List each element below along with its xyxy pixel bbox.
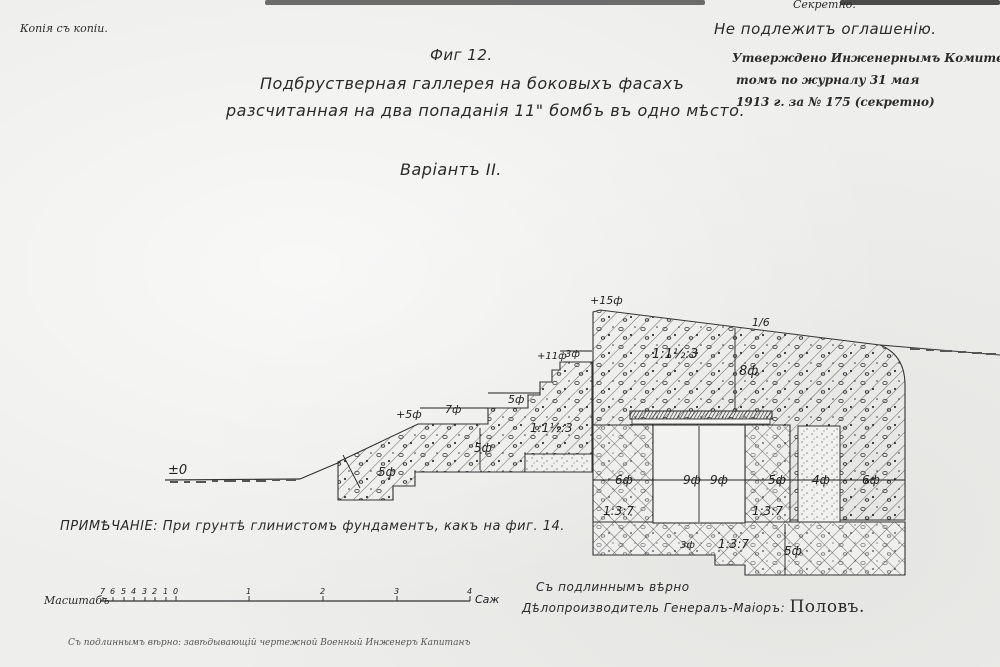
label-mix-upper: 1:1½:3: [652, 347, 698, 362]
label-dim-step-5: 5ф: [508, 393, 524, 406]
label-dim-base-left: 3ф: [680, 540, 695, 551]
label-dim-height-5: 5ф: [474, 441, 492, 455]
scale-major-2: 2: [320, 587, 325, 596]
label-mix-left-wall: 1:3:7: [603, 504, 634, 518]
label-mix-base: 1:3:7: [718, 537, 749, 551]
label-ground-level: ±0: [168, 463, 187, 478]
ground-left: [165, 462, 340, 482]
scale-tick-2: 2: [152, 587, 157, 596]
scale-tick-6: 6: [110, 587, 115, 596]
scale-major-3: 3: [394, 587, 399, 596]
scale-tick-1: 1: [163, 587, 168, 596]
scale-tick-4: 4: [131, 587, 136, 596]
scale-label: Масштабъ: [44, 594, 109, 607]
scale-tick-5: 5: [121, 587, 126, 596]
roof-beam: [630, 411, 772, 424]
scale-tick-3: 3: [142, 587, 147, 596]
label-elevation-mid: +5ф: [396, 408, 422, 421]
label-dim-step-7: 7ф: [445, 403, 461, 416]
signature: Половъ.: [789, 597, 864, 617]
label-dim-base: 5ф: [784, 544, 802, 558]
scale-bar: 7 6 5 4 3 2 1 0 1 2 3 4 Саж: [100, 587, 499, 606]
scale-major-1: 1: [246, 587, 251, 596]
note: ПРИМѢЧАНІЕ: При грунтѣ глинистомъ фундам…: [60, 519, 565, 534]
label-slope: 1/6: [752, 316, 770, 329]
label-elevation-top: +15ф: [590, 294, 623, 307]
certification-line-2: Дѣлопроизводитель Генералъ-Маіоръ: Полов…: [522, 597, 865, 617]
scale-major-4: 4: [467, 587, 472, 596]
label-dim-gallery-width: 9ф: [683, 473, 701, 487]
cross-section-drawing: ±0 +15ф +11ф +5ф 1/6 1:1½:3 1:1½:3 1:3:7…: [0, 0, 1000, 667]
label-dim-gallery-height: 9ф: [710, 473, 728, 487]
label-dim-step-3: 3ф: [565, 349, 580, 360]
certification-line-1: Съ подлиннымъ вѣрно: [536, 580, 690, 594]
label-dim-left-wall: 6ф: [615, 473, 633, 487]
label-dim-slope-5: 5ф: [378, 465, 396, 479]
ground-right: [880, 345, 1000, 355]
label-mix-right-wall: 1:3:7: [752, 504, 783, 518]
label-elevation-step: +11ф: [537, 351, 567, 362]
label-mix-stair: 1:1½:3: [530, 421, 573, 435]
certification-title: Дѣлопроизводитель Генералъ-Маіоръ:: [522, 601, 785, 615]
label-dim-top-thickness: 8ф: [739, 364, 758, 379]
label-dim-outer-wall: 6ф: [862, 473, 880, 487]
label-dim-sand-fill: 4ф: [812, 473, 830, 487]
label-dim-right-wall: 5ф: [768, 473, 786, 487]
bottom-certification: Съ подлиннымъ вѣрно: завѣдывающій чертеж…: [68, 638, 470, 648]
scale-unit: Саж: [475, 593, 499, 606]
scale-tick-0: 0: [173, 587, 178, 596]
